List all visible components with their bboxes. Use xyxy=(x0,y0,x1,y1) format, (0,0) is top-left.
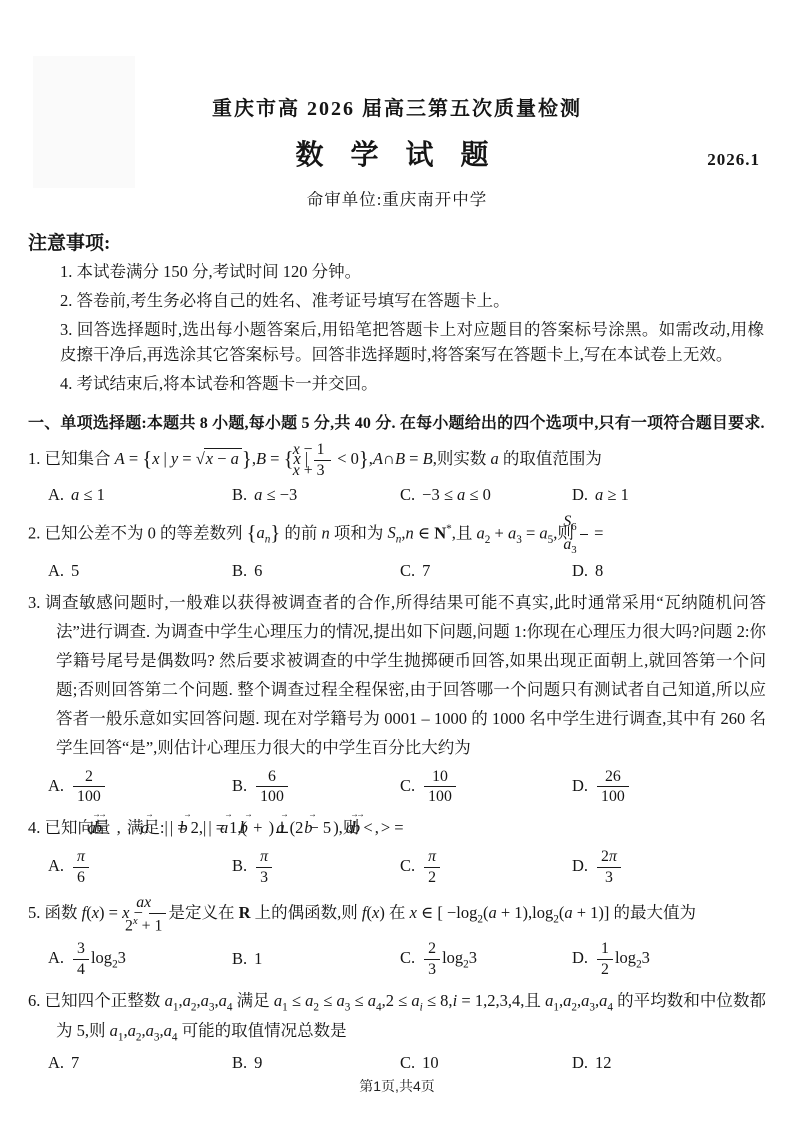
option-value: 2π3 xyxy=(595,856,623,875)
question-3: 3. 调查敏感问题时,一般难以获得被调查者的合作,所得结果可能不真实,此时通常采… xyxy=(0,589,794,806)
option-a: A.π6 xyxy=(48,848,232,886)
question-6-options: A.7 B.9 C.10 D.12 xyxy=(48,1053,766,1073)
question-5-options: A.34log23 B.1 C.23log23 D.12log23 xyxy=(48,940,766,978)
exam-paper-page: 重庆市高 2026 届高三第五次质量检测 数 学 试 题 2026.1 命审单位… xyxy=(0,0,794,1122)
question-1: 1. 已知集合 A = {x|y = √x − a},B = {x|x − 1x… xyxy=(0,441,794,504)
option-value: a ≥ 1 xyxy=(595,485,629,504)
option-d: D.2π3 xyxy=(572,848,766,886)
organizer-line: 命审单位:重庆南开中学 xyxy=(0,186,794,210)
exam-date: 2026.1 xyxy=(707,150,760,170)
option-value: 10 xyxy=(422,1053,439,1072)
option-label: C. xyxy=(400,561,415,580)
question-5-stem: 5. 函数 f(x) = x − ax2x + 1是定义在 R 上的偶函数,则 … xyxy=(28,894,766,935)
question-2: 2. 已知公差不为 0 的等差数列 {an} 的前 n 项和为 Sn,n ∈ N… xyxy=(0,513,794,581)
option-label: A. xyxy=(48,856,64,875)
option-d: D.a ≥ 1 xyxy=(572,485,766,505)
option-d: D.26100 xyxy=(572,768,766,806)
option-b: B.6 xyxy=(232,561,400,581)
option-label: A. xyxy=(48,485,64,504)
question-4-stem: 4. 已知向量 a,b 满足:|a| = 2,|b| = 1,(a + b)⊥(… xyxy=(28,814,766,843)
option-label: D. xyxy=(572,1053,588,1072)
notice-item-4: 4. 考试结束后,将本试卷和答题卡一并交回。 xyxy=(60,371,764,396)
notice-heading: 注意事项: xyxy=(28,228,794,255)
option-label: D. xyxy=(572,948,588,967)
option-value: 8 xyxy=(595,561,603,580)
option-label: C. xyxy=(400,856,415,875)
option-value: 23log23 xyxy=(422,948,477,967)
option-label: C. xyxy=(400,485,415,504)
option-value: π2 xyxy=(422,856,442,875)
option-a: A.34log23 xyxy=(48,940,232,978)
page-number: 第1页,共4页 xyxy=(0,1076,794,1096)
section-heading: 一、单项选择题:本题共 8 小题,每小题 5 分,共 40 分. 在每小题给出的… xyxy=(28,410,794,433)
option-label: C. xyxy=(400,776,415,795)
option-value: 10100 xyxy=(422,776,458,795)
question-1-options: A.a ≤ 1 B.a ≤ −3 C.−3 ≤ a ≤ 0 D.a ≥ 1 xyxy=(48,485,766,505)
option-c: C.23log23 xyxy=(400,940,572,978)
option-value: 34log23 xyxy=(71,948,126,967)
option-label: A. xyxy=(48,948,64,967)
option-value: π3 xyxy=(254,856,274,875)
notice-item-1: 1. 本试卷满分 150 分,考试时间 120 分钟。 xyxy=(60,259,764,284)
option-value: 12log23 xyxy=(595,948,650,967)
option-value: 12 xyxy=(595,1053,612,1072)
option-value: −3 ≤ a ≤ 0 xyxy=(422,485,491,504)
option-value: 5 xyxy=(71,561,79,580)
option-c: C.10 xyxy=(400,1053,572,1073)
option-value: 6 xyxy=(254,561,262,580)
option-label: C. xyxy=(400,1053,415,1072)
option-b: B.a ≤ −3 xyxy=(232,485,400,505)
option-value: 9 xyxy=(254,1053,262,1072)
option-label: A. xyxy=(48,1053,64,1072)
option-c: C.π2 xyxy=(400,848,572,886)
option-d: D.12 xyxy=(572,1053,766,1073)
option-value: 7 xyxy=(71,1053,79,1072)
option-value: 7 xyxy=(422,561,430,580)
option-c: C.−3 ≤ a ≤ 0 xyxy=(400,485,572,505)
question-4: 4. 已知向量 a,b 满足:|a| = 2,|b| = 1,(a + b)⊥(… xyxy=(0,814,794,886)
option-a: A.2100 xyxy=(48,768,232,806)
option-b: B.9 xyxy=(232,1053,400,1073)
option-label: B. xyxy=(232,561,247,580)
option-b: B.6100 xyxy=(232,768,400,806)
question-2-options: A.5 B.6 C.7 D.8 xyxy=(48,561,766,581)
option-label: D. xyxy=(572,561,588,580)
question-5: 5. 函数 f(x) = x − ax2x + 1是定义在 R 上的偶函数,则 … xyxy=(0,894,794,978)
subject-title-row: 数 学 试 题 2026.1 xyxy=(0,133,794,173)
notice-item-3: 3. 回答选择题时,选出每小题答案后,用铅笔把答题卡上对应题目的答案标号涂黑。如… xyxy=(60,317,764,367)
option-value: π6 xyxy=(71,856,91,875)
notice-section: 注意事项: 1. 本试卷满分 150 分,考试时间 120 分钟。 2. 答卷前… xyxy=(0,228,794,396)
option-value: 26100 xyxy=(595,776,631,795)
option-label: B. xyxy=(232,1053,247,1072)
option-label: A. xyxy=(48,561,64,580)
question-6: 6. 已知四个正整数 a1,a2,a3,a4 满足 a1 ≤ a2 ≤ a3 ≤… xyxy=(0,987,794,1074)
option-c: C.10100 xyxy=(400,768,572,806)
option-label: B. xyxy=(232,856,247,875)
option-label: B. xyxy=(232,485,247,504)
option-d: D.12log23 xyxy=(572,940,766,978)
option-value: 1 xyxy=(254,949,262,968)
option-b: B.1 xyxy=(232,949,400,969)
option-label: B. xyxy=(232,949,247,968)
option-a: A.a ≤ 1 xyxy=(48,485,232,505)
option-a: A.5 xyxy=(48,561,232,581)
option-label: B. xyxy=(232,776,247,795)
option-value: 6100 xyxy=(254,776,290,795)
question-3-stem: 3. 调查敏感问题时,一般难以获得被调查者的合作,所得结果可能不真实,此时通常采… xyxy=(28,589,766,762)
question-3-options: A.2100 B.6100 C.10100 D.26100 xyxy=(48,768,766,806)
option-label: C. xyxy=(400,948,415,967)
option-label: D. xyxy=(572,776,588,795)
option-c: C.7 xyxy=(400,561,572,581)
option-d: D.8 xyxy=(572,561,766,581)
notice-item-2: 2. 答卷前,考生务必将自己的姓名、准考证号填写在答题卡上。 xyxy=(60,288,764,313)
question-2-stem: 2. 已知公差不为 0 的等差数列 {an} 的前 n 项和为 Sn,n ∈ N… xyxy=(28,513,766,556)
multiple-choice-section: 一、单项选择题:本题共 8 小题,每小题 5 分,共 40 分. 在每小题给出的… xyxy=(0,410,794,1073)
question-1-stem: 1. 已知集合 A = {x|y = √x − a},B = {x|x − 1x… xyxy=(28,441,766,479)
option-label: D. xyxy=(572,856,588,875)
option-b: B.π3 xyxy=(232,848,400,886)
question-4-options: A.π6 B.π3 C.π2 D.2π3 xyxy=(48,848,766,886)
option-value: a ≤ −3 xyxy=(254,485,297,504)
option-label: A. xyxy=(48,776,64,795)
option-value: a ≤ 1 xyxy=(71,485,105,504)
option-a: A.7 xyxy=(48,1053,232,1073)
subject-title: 数 学 试 题 xyxy=(295,133,498,173)
option-value: 2100 xyxy=(71,776,107,795)
option-label: D. xyxy=(572,485,588,504)
question-6-stem: 6. 已知四个正整数 a1,a2,a3,a4 满足 a1 ≤ a2 ≤ a3 ≤… xyxy=(28,987,766,1049)
